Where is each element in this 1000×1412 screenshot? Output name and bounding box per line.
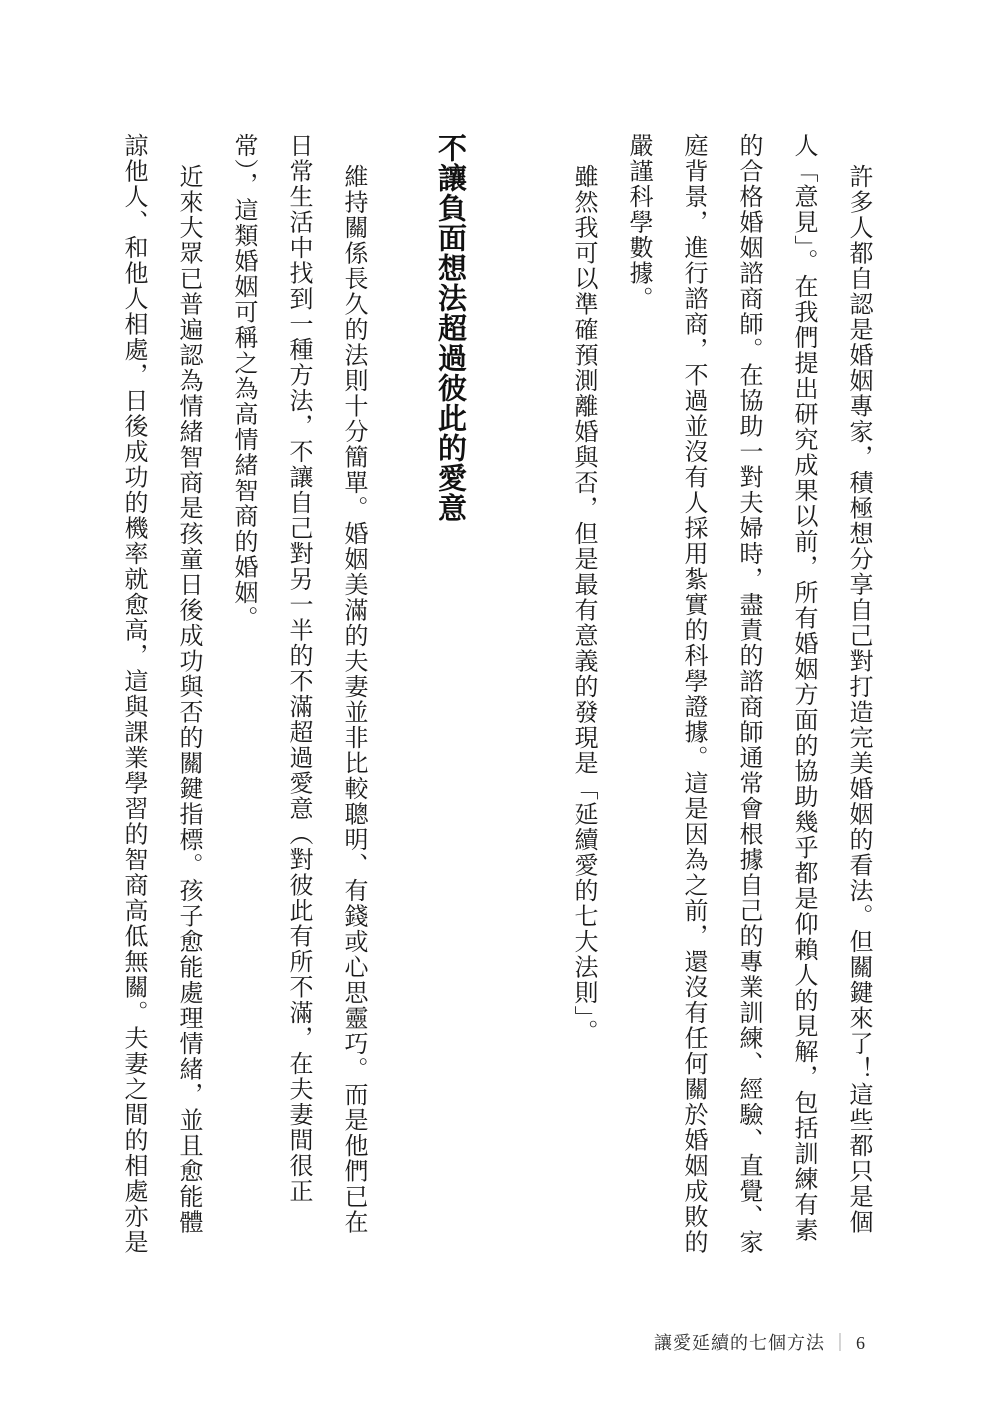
page-footer: 讓愛延續的七個方法｜6 [654,1329,866,1355]
paragraph-4: 近來大眾已普遍認為情緒智商是孩童日後成功與否的關鍵指標。孩子愈能處理情緒，並且愈… [105,133,215,1255]
paragraph-1: 許多人都自認是婚姻專家，積極想分享自己對打造完美婚姻的看法。但關鍵來了！這些都只… [610,133,885,1255]
book-page: 許多人都自認是婚姻專家，積極想分享自己對打造完美婚姻的看法。但關鍵來了！這些都只… [0,0,1000,1412]
paragraph-2: 雖然我可以準確預測離婚與否，但是最有意義的發現是「延續愛的七大法則」。 [555,133,610,1255]
running-title: 讓愛延續的七個方法 [654,1333,825,1353]
article-text: 許多人都自認是婚姻專家，積極想分享自己對打造完美婚姻的看法。但關鍵來了！這些都只… [105,133,885,1255]
section-heading: 不讓負面想法超過彼此的愛意 [430,133,470,1255]
paragraph-3: 維持關係長久的法則十分簡單。婚姻美滿的夫妻並非比較聰明、有錢或心思靈巧。而是他們… [215,133,380,1255]
footer-separator: ｜ [831,1333,850,1353]
page-number: 6 [856,1333,866,1353]
